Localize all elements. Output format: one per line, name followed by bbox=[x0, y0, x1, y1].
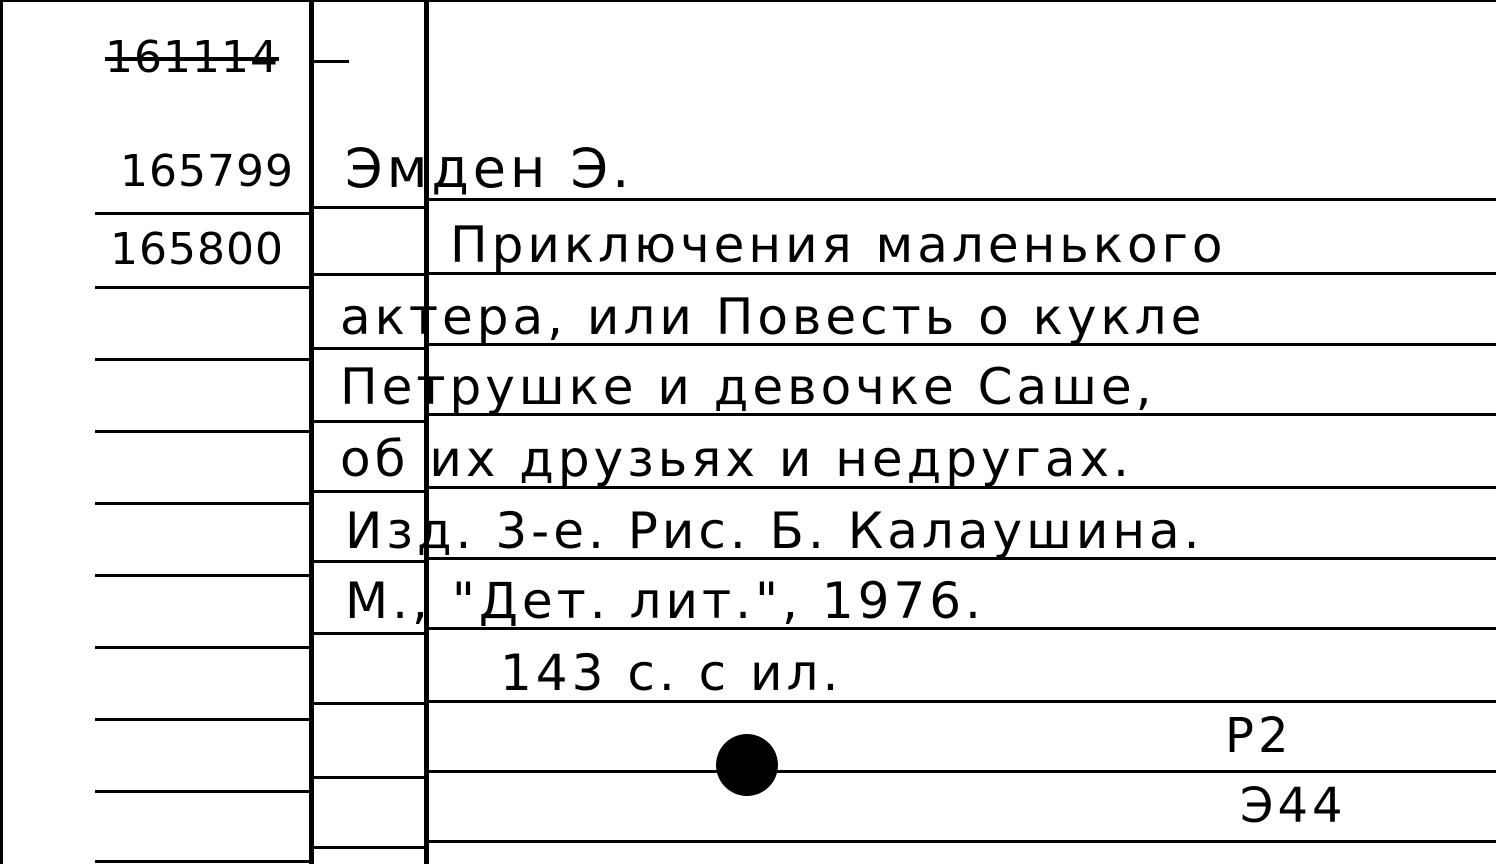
middle-rule bbox=[314, 273, 426, 276]
cutter-number: Э44 bbox=[1240, 782, 1347, 830]
main-rule bbox=[429, 770, 1496, 773]
middle-rule bbox=[314, 846, 426, 849]
middle-rule bbox=[314, 347, 426, 350]
entry-line-imprint: М., "Дет. лит.", 1976. bbox=[345, 576, 985, 626]
main-rule bbox=[429, 840, 1496, 843]
entry-line: об их друзьях и недругах. bbox=[340, 434, 1133, 484]
card-top-edge bbox=[0, 0, 1496, 2]
middle-rule bbox=[314, 702, 426, 705]
vertical-rule-1 bbox=[309, 0, 314, 864]
left-rule bbox=[95, 574, 309, 577]
accession-number: 165800 bbox=[110, 228, 284, 272]
middle-rule bbox=[314, 632, 426, 635]
left-rule bbox=[95, 286, 309, 289]
middle-rule bbox=[314, 490, 426, 493]
left-rule bbox=[95, 212, 309, 215]
left-rule bbox=[95, 718, 309, 721]
entry-line-collation: 143 с. с ил. bbox=[500, 648, 842, 698]
entry-line: Петрушке и девочке Саше, bbox=[340, 362, 1156, 412]
left-rule bbox=[95, 430, 309, 433]
left-rule bbox=[95, 502, 309, 505]
left-rule bbox=[95, 860, 309, 863]
entry-line: актера, или Повесть о кукле bbox=[340, 292, 1205, 342]
card-punch-hole bbox=[716, 734, 778, 796]
card-left-edge bbox=[0, 0, 3, 864]
middle-rule bbox=[314, 206, 426, 209]
left-rule bbox=[95, 646, 309, 649]
left-rule bbox=[95, 358, 309, 361]
middle-rule bbox=[314, 560, 426, 563]
middle-rule bbox=[314, 776, 426, 779]
accession-number: 165799 bbox=[120, 150, 294, 194]
classification-index: Р2 bbox=[1225, 712, 1292, 760]
catalog-card: 161114 165799 165800 Эмден Э. Приключени… bbox=[0, 0, 1496, 864]
left-rule bbox=[95, 790, 309, 793]
entry-line-edition: Изд. 3-е. Рис. Б. Калаушина. bbox=[345, 506, 1204, 556]
middle-rule bbox=[314, 420, 426, 423]
struck-accession-number: 161114 bbox=[105, 36, 279, 80]
author-heading: Эмден Э. bbox=[345, 142, 633, 196]
entry-line-title: Приключения маленького bbox=[450, 220, 1226, 270]
top-short-rule bbox=[309, 60, 349, 63]
